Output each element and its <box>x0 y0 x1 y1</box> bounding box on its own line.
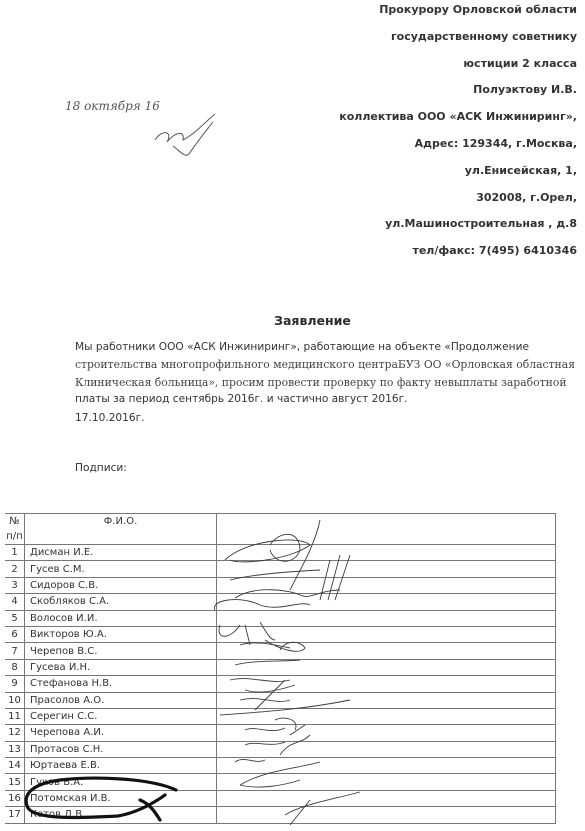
table-row: 5Волосов И.И. <box>5 610 556 626</box>
row-num: 8 <box>5 659 25 675</box>
row-num: 5 <box>5 610 25 626</box>
row-name: Протасов С.Н. <box>25 741 217 757</box>
addressee-line: тел/факс: 7(495) 6410346 <box>339 244 577 271</box>
table-row: 8Гусева И.Н. <box>5 659 556 675</box>
row-name: Гусев С.М. <box>25 561 217 577</box>
row-signature <box>217 725 556 741</box>
row-signature <box>217 577 556 593</box>
row-signature <box>217 692 556 708</box>
row-num: 15 <box>5 774 25 790</box>
addressee-line: Прокурору Орловской области <box>339 3 577 30</box>
table-row: 4Скобляков С.А. <box>5 594 556 610</box>
row-num: 16 <box>5 790 25 806</box>
table-row: 9Стефанова Н.В. <box>5 676 556 692</box>
row-num: 9 <box>5 676 25 692</box>
row-signature <box>217 659 556 675</box>
document-title: Заявление <box>0 313 585 328</box>
table-header: №п/п Ф.И.О. <box>5 514 556 545</box>
addressee-line: государственному советнику <box>339 30 577 57</box>
row-signature <box>217 741 556 757</box>
statement-date: 17.10.2016г. <box>75 412 145 424</box>
table-row: 15Гуков В.А. <box>5 774 556 790</box>
statement-line: Клиническая больница», просим провести п… <box>75 374 575 391</box>
handwritten-resolution: 18 октября 16 <box>55 92 255 162</box>
statement-body: Мы работники ООО «АСК Инжиниринг», работ… <box>75 339 575 409</box>
row-name: Стефанова Н.В. <box>25 676 217 692</box>
row-name: Гусева И.Н. <box>25 659 217 675</box>
row-signature <box>217 807 556 823</box>
row-name: Черепова А.И. <box>25 725 217 741</box>
row-signature <box>217 708 556 724</box>
table-row: 7Черепов В.С. <box>5 643 556 659</box>
statement-line: строительства многопрофильного медицинск… <box>75 356 575 373</box>
row-signature <box>217 774 556 790</box>
row-num: 4 <box>5 594 25 610</box>
statement-line: Мы работники ООО «АСК Инжиниринг», работ… <box>75 339 575 356</box>
row-signature <box>217 790 556 806</box>
header-signature <box>217 514 556 545</box>
row-name: Дисман И.Е. <box>25 545 217 561</box>
table-row: 16Потомская И.В. <box>5 790 556 806</box>
row-signature <box>217 626 556 642</box>
table-row: 1Дисман И.Е. <box>5 545 556 561</box>
addressee-line: ул.Машиностроительная , д.8 <box>339 217 577 244</box>
row-name: Скобляков С.А. <box>25 594 217 610</box>
table-row: 6Викторов Ю.А. <box>5 626 556 642</box>
row-signature <box>217 610 556 626</box>
header-num: №п/п <box>5 514 25 545</box>
table-row: 12Черепова А.И. <box>5 725 556 741</box>
row-num: 1 <box>5 545 25 561</box>
row-signature <box>217 758 556 774</box>
table-row: 13Протасов С.Н. <box>5 741 556 757</box>
row-signature <box>217 643 556 659</box>
row-name: Волосов И.И. <box>25 610 217 626</box>
addressee-line: юстиции 2 класса <box>339 57 577 84</box>
table-row: 3Сидоров С.В. <box>5 577 556 593</box>
row-name: Юртаева Е.В. <box>25 758 217 774</box>
row-name: Викторов Ю.А. <box>25 626 217 642</box>
table-row: 17Котов Д.В. <box>5 807 556 823</box>
row-name: Сидоров С.В. <box>25 577 217 593</box>
row-num: 10 <box>5 692 25 708</box>
row-num: 14 <box>5 758 25 774</box>
row-signature <box>217 594 556 610</box>
row-num: 12 <box>5 725 25 741</box>
addressee-line: 302008, г.Орел, <box>339 191 577 218</box>
table-row: 10Прасолов А.О. <box>5 692 556 708</box>
row-signature <box>217 676 556 692</box>
table-row: 2Гусев С.М. <box>5 561 556 577</box>
row-name: Гуков В.А. <box>25 774 217 790</box>
row-name: Котов Д.В. <box>25 807 217 823</box>
table-row: 14Юртаева Е.В. <box>5 758 556 774</box>
row-num: 13 <box>5 741 25 757</box>
addressee-block: Прокурору Орловской области государствен… <box>339 3 577 271</box>
header-name: Ф.И.О. <box>25 514 217 545</box>
row-num: 3 <box>5 577 25 593</box>
row-name: Потомская И.В. <box>25 790 217 806</box>
row-name: Серегин С.С. <box>25 708 217 724</box>
row-signature <box>217 545 556 561</box>
row-name: Черепов В.С. <box>25 643 217 659</box>
signatures-label: Подписи: <box>75 462 127 474</box>
addressee-line: ул.Енисейская, 1, <box>339 164 577 191</box>
row-num: 6 <box>5 626 25 642</box>
resolution-date: 18 октября 16 <box>65 99 160 113</box>
addressee-line: Полуэктову И.В. <box>339 83 577 110</box>
row-num: 17 <box>5 807 25 823</box>
signatures-table: №п/п Ф.И.О. 1Дисман И.Е.2Гусев С.М.3Сидо… <box>5 513 556 824</box>
row-num: 2 <box>5 561 25 577</box>
table-row: 11Серегин С.С. <box>5 708 556 724</box>
row-num: 7 <box>5 643 25 659</box>
row-num: 11 <box>5 708 25 724</box>
statement-line: платы за период сентябрь 2016г. и частич… <box>75 391 575 408</box>
row-name: Прасолов А.О. <box>25 692 217 708</box>
row-signature <box>217 561 556 577</box>
addressee-line: Адрес: 129344, г.Москва, <box>339 137 577 164</box>
handwritten-signature-icon: 18 октября 16 <box>55 92 255 162</box>
addressee-line: коллектива ООО «АСК Инжиниринг», <box>339 110 577 137</box>
